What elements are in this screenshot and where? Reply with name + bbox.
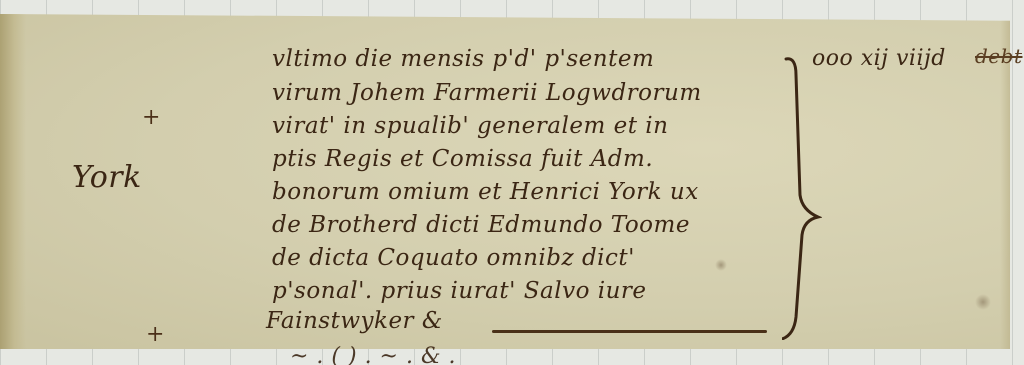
entry-line: virat' in spualib' generalem et in [272,113,668,139]
next-entry-fragment: ~ . ( ) . ~ . & . [290,344,456,365]
margin-cross-mark: + [146,322,165,347]
entry-line: de dicta Coquato omnibz dict' [272,245,635,271]
entry-line: ptis Regis et Comissa fuit Adm. [272,146,653,172]
entry-line: virum Johem Farmerii Logwdrorum [272,80,702,106]
entry-line: vltimo die mensis p'd' p'sentem [272,46,654,72]
closing-rule-line [492,330,767,333]
entry-line: bonorum omium et Henrici York ux [272,179,699,205]
entry-line: p'sonal'. prius iurat' Salvo iure [272,278,647,304]
ink-stain [975,294,991,310]
entry-line: Fainstwyker & [266,308,443,334]
margin-cross-mark: + [142,105,161,130]
struck-out-word: debt [975,44,1022,68]
ink-blot [715,259,727,271]
brace-bracket [782,55,822,340]
fee-amount: ooo xij viijd [812,46,946,71]
entry-line: de Brotherd dicti Edmundo Toome [272,212,690,238]
margin-place-name: York [72,160,142,195]
